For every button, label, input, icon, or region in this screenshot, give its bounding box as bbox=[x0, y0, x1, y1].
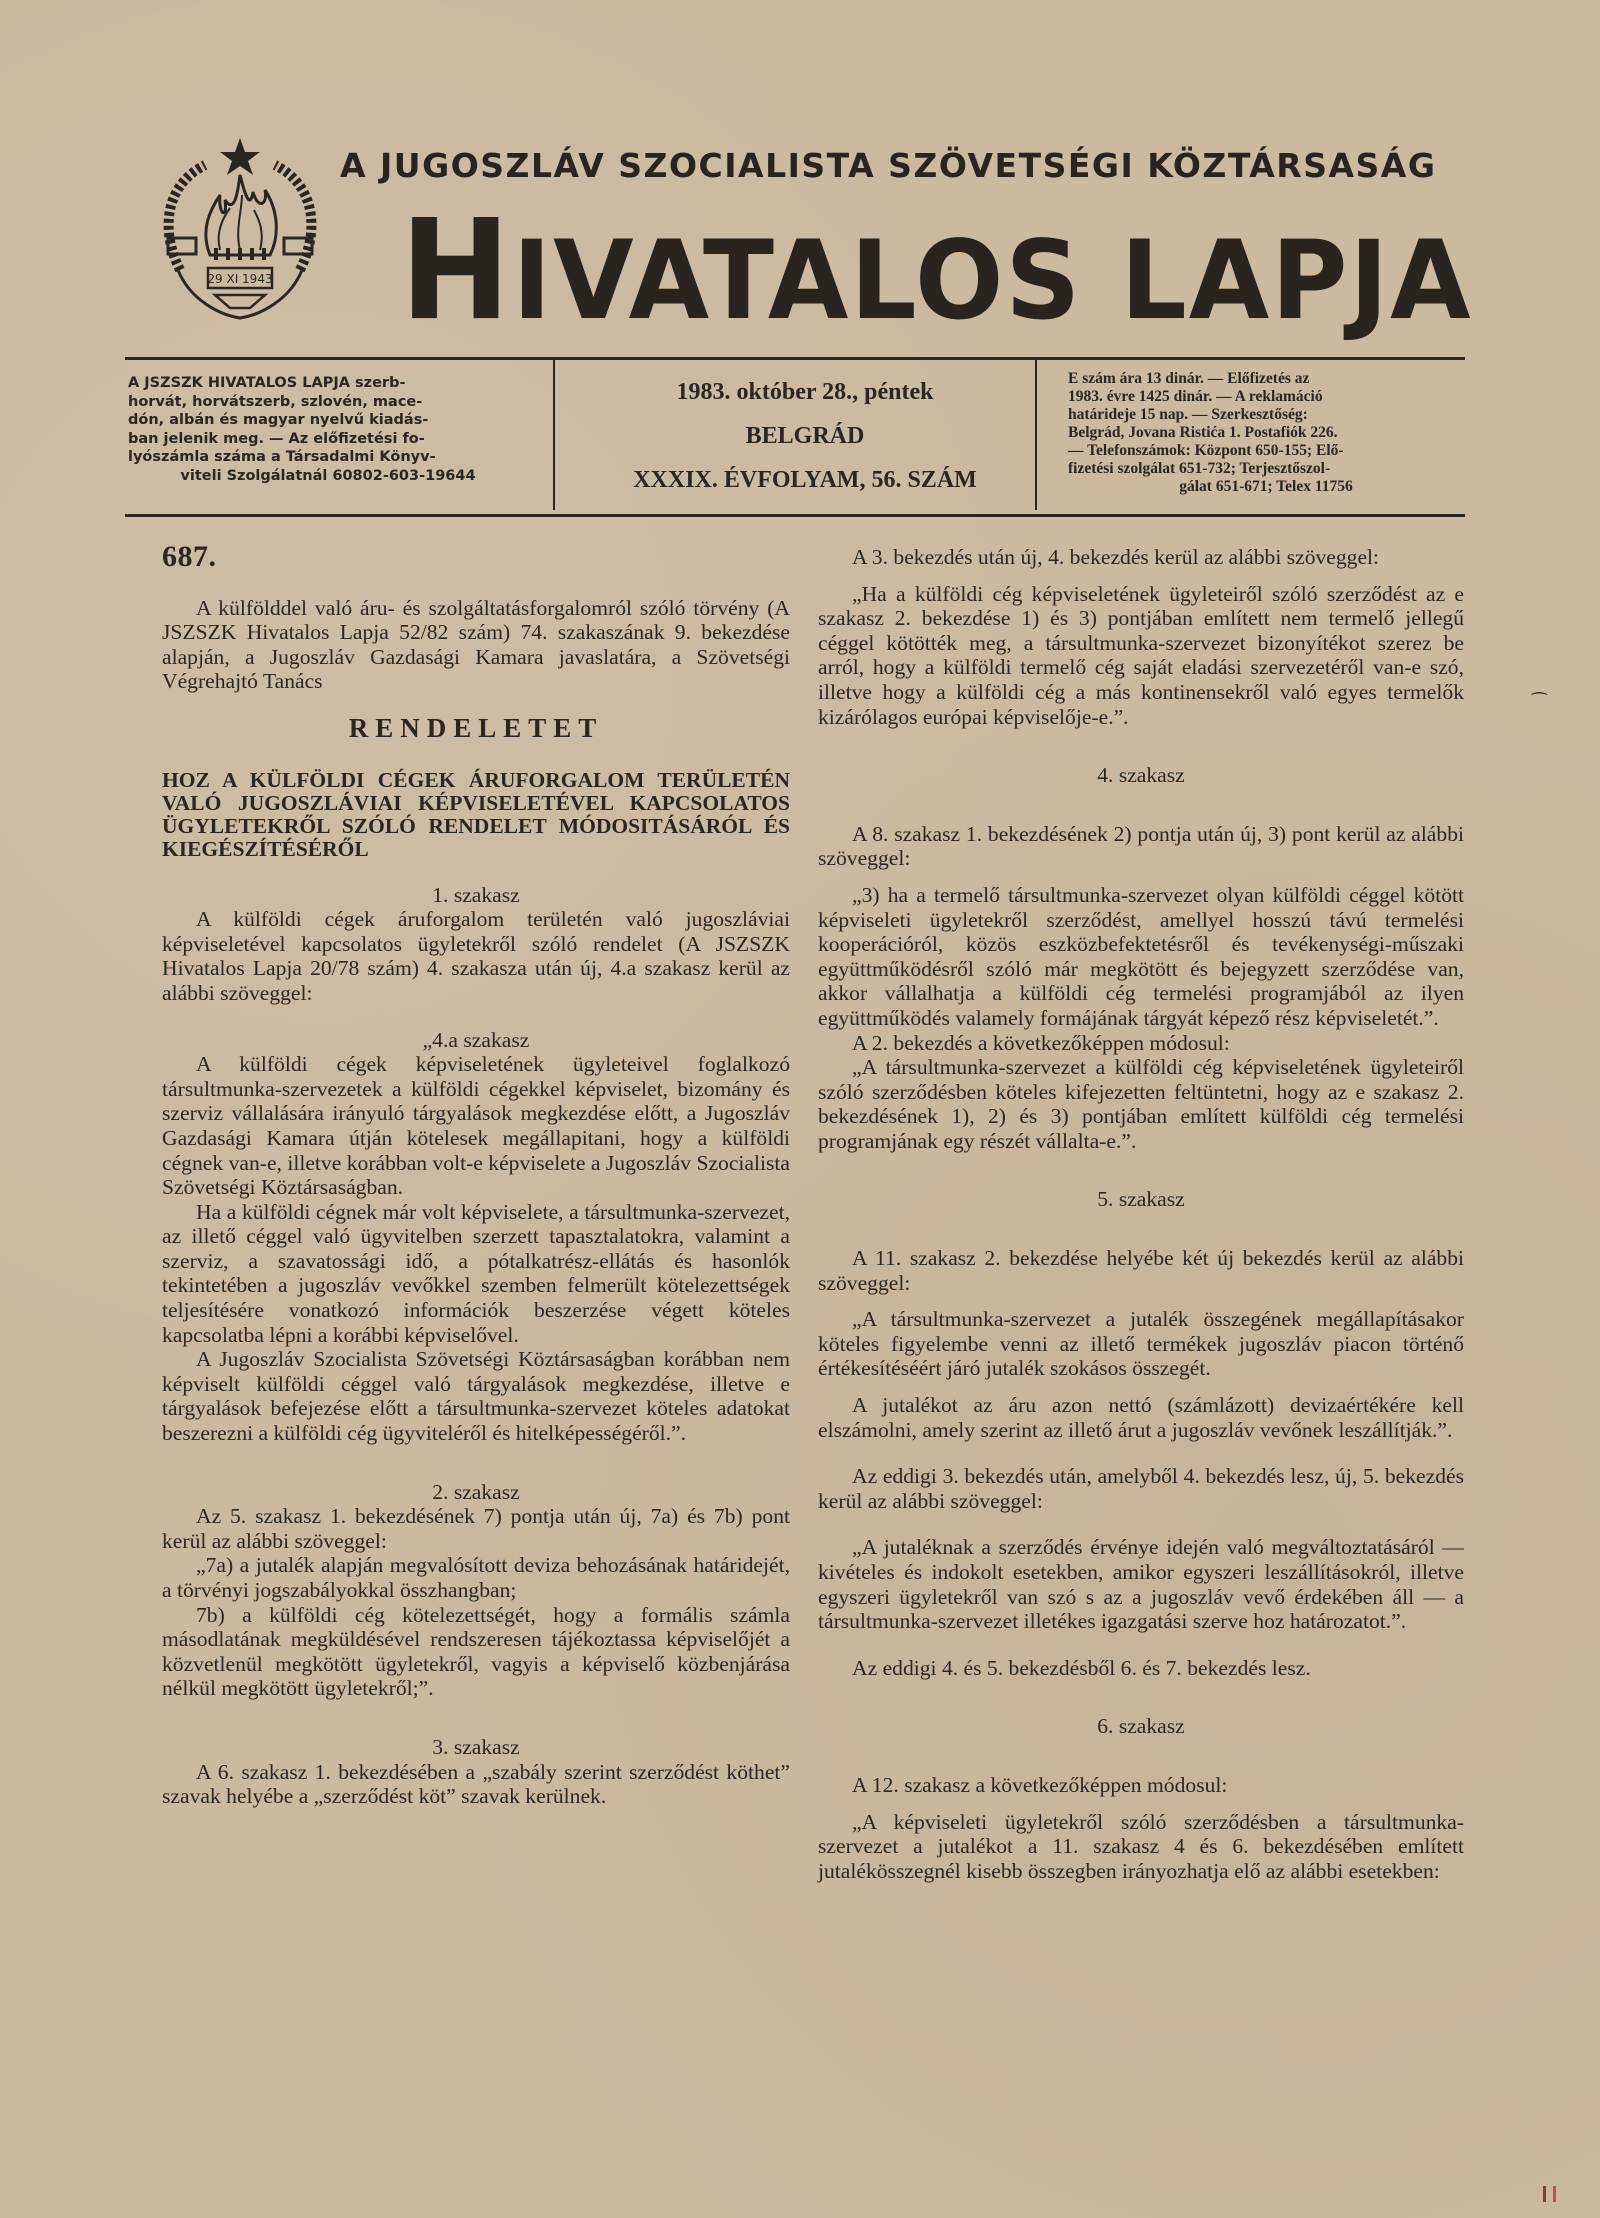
paragraph: „A társultmunka-szervezet a külföldi cég… bbox=[818, 1055, 1464, 1153]
paragraph: Az eddigi 3. bekezdés után, amelyből 4. … bbox=[818, 1464, 1464, 1513]
header-rule-bottom bbox=[125, 514, 1465, 517]
paragraph: A 11. szakasz 2. bekezdése helyébe két ú… bbox=[818, 1246, 1464, 1295]
preamble: A külfölddel való áru- és szolgáltatásfo… bbox=[162, 596, 790, 694]
paragraph: A jutalékot az áru azon nettó (számlázot… bbox=[818, 1393, 1464, 1442]
subscription-info: A JSZSZK HIVATALOS LAPJA szerb- horvát, … bbox=[128, 374, 528, 485]
paragraph: A 3. bekezdés után új, 4. bekezdés kerül… bbox=[818, 545, 1464, 570]
paragraph: A 2. bekezdés a következőképpen módosul: bbox=[818, 1031, 1464, 1056]
paragraph: „A jutaléknak a szerződés érvénye idején… bbox=[818, 1535, 1464, 1633]
issue-info: 1983. október 28., péntek BELGRÁD XXXIX.… bbox=[570, 370, 1040, 502]
header-rule-top bbox=[125, 357, 1465, 360]
coat-of-arms-icon: 29 XI 1943 bbox=[150, 130, 330, 320]
paragraph: Az 5. szakasz 1. bekezdésének 7) pontja … bbox=[162, 1504, 790, 1553]
section-heading-4: 4. szakasz bbox=[818, 763, 1464, 788]
header-divider-left bbox=[553, 360, 555, 510]
section-heading-5: 5. szakasz bbox=[818, 1187, 1464, 1212]
article-column-right: A 3. bekezdés után új, 4. bekezdés kerül… bbox=[818, 545, 1464, 1883]
issue-number: XXXIX. ÉVFOLYAM, 56. SZÁM bbox=[570, 458, 1040, 502]
paragraph: A külföldi cégek áruforgalom területén v… bbox=[162, 907, 790, 1005]
section-heading-2: 2. szakasz bbox=[162, 1480, 790, 1505]
paragraph: 7b) a külföldi cég kötelezettségét, hogy… bbox=[162, 1603, 790, 1701]
margin-mark: ⁀ bbox=[1532, 693, 1546, 714]
issue-city: BELGRÁD bbox=[570, 414, 1040, 458]
paragraph: A Jugoszláv Szocialista Szövetségi Köztá… bbox=[162, 1347, 790, 1445]
publication-kicker: A JUGOSZLÁV SZOCIALISTA SZÖVETSÉGI KÖZTÁ… bbox=[340, 146, 1480, 185]
red-pencil-mark bbox=[1543, 2186, 1546, 2202]
issue-date: 1983. október 28., péntek bbox=[570, 370, 1040, 414]
paragraph: „3) ha a termelő társultmunka-szervezet … bbox=[818, 883, 1464, 1031]
decree-heading: RENDELETET bbox=[162, 716, 790, 741]
paragraph: Ha a külföldi cégnek már volt képviselet… bbox=[162, 1200, 790, 1348]
section-heading-1: 1. szakasz bbox=[162, 883, 790, 908]
article-column-left: 687. A külfölddel való áru- és szolgálta… bbox=[162, 545, 790, 1809]
document-number: 687. bbox=[162, 545, 790, 570]
paragraph: A 6. szakasz 1. bekezdésében a „szabály … bbox=[162, 1760, 790, 1809]
masthead: 29 XI 1943 A JUGOSZLÁV SZOCIALISTA SZÖVE… bbox=[150, 130, 1480, 350]
section-heading-3: 3. szakasz bbox=[162, 1735, 790, 1760]
svg-text:29 XI 1943: 29 XI 1943 bbox=[207, 272, 272, 286]
paragraph: „A társultmunka-szervezet a jutalék össz… bbox=[818, 1307, 1464, 1381]
paragraph: „A képviseleti ügyletekről szóló szerződ… bbox=[818, 1810, 1464, 1884]
paragraph: A külföldi cégek képviseletének ügyletei… bbox=[162, 1052, 790, 1200]
paragraph: A 12. szakasz a következőképpen módosul: bbox=[818, 1773, 1464, 1798]
publication-title: HIVATALOS LAPJA bbox=[400, 190, 1480, 352]
section-heading-6: 6. szakasz bbox=[818, 1714, 1464, 1739]
paragraph: „Ha a külföldi cég képviseletének ügylet… bbox=[818, 582, 1464, 730]
red-pencil-mark bbox=[1553, 2186, 1556, 2202]
section-heading-4a: „4.a szakasz bbox=[162, 1028, 790, 1053]
decree-subject: HOZ A KÜLFÖLDI CÉGEK ÁRUFORGALOM TERÜLET… bbox=[162, 769, 790, 861]
price-contact-info: E szám ára 13 dinár. — Előfizetés az 198… bbox=[1068, 370, 1464, 496]
paragraph: A 8. szakasz 1. bekezdésének 2) pontja u… bbox=[818, 822, 1464, 871]
paragraph: „7a) a jutalék alapján megvalósított dev… bbox=[162, 1553, 790, 1602]
paragraph: Az eddigi 4. és 5. bekezdésből 6. és 7. … bbox=[818, 1656, 1464, 1681]
